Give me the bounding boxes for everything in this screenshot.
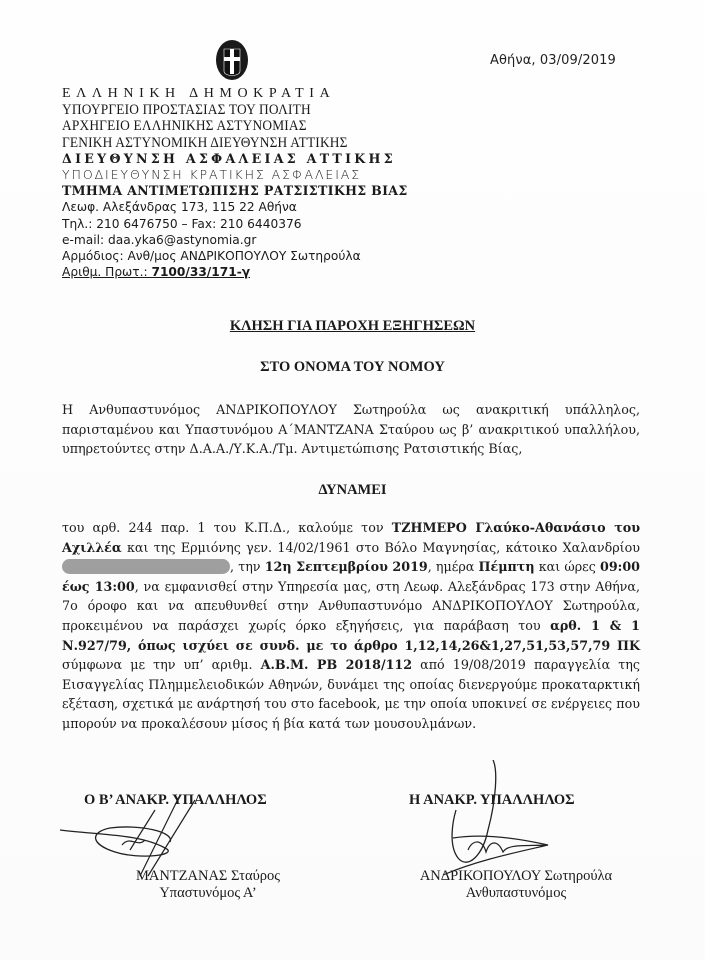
letterhead-line: ΑΡΧΗΓΕΙΟ ΕΛΛΗΝΙΚΗΣ ΑΣΤΥΝΟΜΙΑΣ xyxy=(62,118,383,134)
letterhead-line: e-mail: daa.yka6@astynomia.gr xyxy=(62,232,408,248)
letterhead-line: ΕΛΛΗΝΙΚΗ ΔΗΜΟΚΡΑΤΙΑ xyxy=(62,86,408,102)
right-signature-icon xyxy=(398,760,558,880)
letterhead-line: ΥΠΟΥΡΓΕΙΟ ΠΡΟΣΤΑΣΙΑΣ ΤΟΥ ΠΟΛΙΤΗ xyxy=(62,102,383,118)
section-heading: ΔΥΝΑΜΕΙ xyxy=(0,482,705,499)
letterhead-line: Αρμόδιος: Ανθ/μος ΑΝΔΡΙΚΟΠΟΥΛΟΥ Σωτηρούλ… xyxy=(62,248,408,264)
right-signatory-name: ΑΝΔΡΙΚΟΠΟΥΛΟΥ Σωτηρούλα xyxy=(400,868,632,885)
letterhead-line: ΔΙΕΥΘΥΝΣΗ ΑΣΦΑΛΕΙΑΣ ΑΤΤΙΚΗΣ xyxy=(62,151,408,167)
left-signatory-name: ΜΑΝΤΖΑΝΑΣ Σταύρος xyxy=(108,868,308,885)
letterhead-line: Λεωφ. Αλεξάνδρας 173, 115 22 Αθήνα xyxy=(62,199,408,215)
document-page: Αθήνα, 03/09/2019 ΕΛΛΗΝΙΚΗ ΔΗΜΟΚΡΑΤΙΑ ΥΠ… xyxy=(0,0,705,960)
greek-coat-of-arms-icon xyxy=(214,38,250,84)
left-signatory: ΜΑΝΤΖΑΝΑΣ Σταύρος Υπαστυνόμος Α’ xyxy=(108,868,308,902)
left-signatory-rank: Υπαστυνόμος Α’ xyxy=(108,885,308,902)
body-paragraph: του αρθ. 244 παρ. 1 του Κ.Π.Δ., καλούμε … xyxy=(62,518,640,734)
place-and-date: Αθήνα, 03/09/2019 xyxy=(490,53,616,68)
left-signatory-role: Ο Β’ ΑΝΑΚΡ. ΥΠΑΛΛΗΛΟΣ xyxy=(84,792,267,809)
right-signatory-rank: Ανθυπαστυνόμος xyxy=(400,885,632,902)
right-signatory: ΑΝΔΡΙΚΟΠΟΥΛΟΥ Σωτηρούλα Ανθυπαστυνόμος xyxy=(400,868,632,902)
redacted-address xyxy=(62,559,230,574)
protocol-number: Αριθμ. Πρωτ.: 7100/33/171-γ xyxy=(62,264,408,280)
letterhead: ΕΛΛΗΝΙΚΗ ΔΗΜΟΚΡΑΤΙΑ ΥΠΟΥΡΓΕΙΟ ΠΡΟΣΤΑΣΙΑΣ… xyxy=(62,86,408,280)
letterhead-line: ΤΜΗΜΑ ΑΝΤΙΜΕΤΩΠΙΣΗΣ ΡΑΤΣΙΣΤΙΚΗΣ ΒΙΑΣ xyxy=(62,183,408,199)
letterhead-line: ΥΠΟΔΙΕΥΘΥΝΣΗ ΚΡΑΤΙΚΗΣ ΑΣΦΑΛΕΙΑΣ xyxy=(62,167,408,183)
letterhead-line: ΓΕΝΙΚΗ ΑΣΤΥΝΟΜΙΚΗ ΔΙΕΥΘΥΝΣΗ ΑΤΤΙΚΗΣ xyxy=(62,135,383,151)
intro-paragraph: Η Ανθυπαστυνόμος ΑΝΔΡΙΚΟΠΟΥΛΟΥ Σωτηρούλα… xyxy=(62,400,640,459)
letterhead-line: Τηλ.: 210 6476750 – Fax: 210 6440376 xyxy=(62,216,408,232)
document-subtitle: ΣΤΟ ΟΝΟΜΑ ΤΟΥ ΝΟΜΟΥ xyxy=(0,359,705,376)
right-signatory-role: Η ΑΝΑΚΡ. ΥΠΑΛΛΗΛΟΣ xyxy=(409,792,575,809)
document-title: ΚΛΗΣΗ ΓΙΑ ΠΑΡΟΧΗ ΕΞΗΓΗΣΕΩΝ xyxy=(0,318,705,335)
